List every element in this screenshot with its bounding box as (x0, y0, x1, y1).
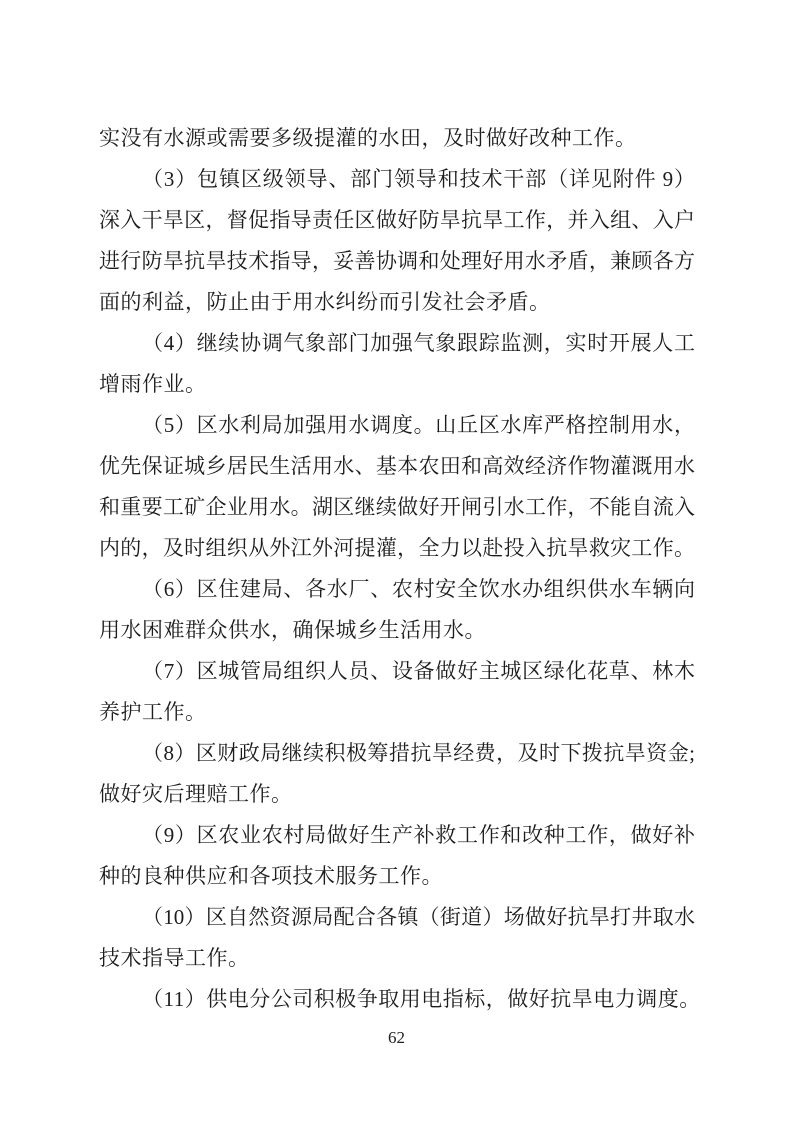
text-line: 深入干旱区，督促指导责任区做好防旱抗旱工作，并入组、入户 (99, 200, 695, 241)
text-line: （11）供电分公司积极争取用电指标，做好抗旱电力调度。 (99, 979, 695, 1020)
text-line: （10）区自然资源局配合各镇（街道）场做好抗旱打井取水 (99, 897, 695, 938)
page-number: 62 (0, 1026, 793, 1050)
text-line: 优先保证城乡居民生活用水、基本农田和高效经济作物灌溉用水 (99, 446, 695, 487)
text-line: 内的，及时组织从外江外河提灌，全力以赴投入抗旱救灾工作。 (99, 528, 695, 569)
text-line: 和重要工矿企业用水。湖区继续做好开闸引水工作，不能自流入 (99, 487, 695, 528)
text-line: 进行防旱抗旱技术指导，妥善协调和处理好用水矛盾，兼顾各方 (99, 241, 695, 282)
text-line: （8）区财政局继续积极筹措抗旱经费，及时下拨抗旱资金; (99, 733, 695, 774)
text-line: （3）包镇区级领导、部门领导和技术干部（详见附件 9） (99, 159, 695, 200)
text-line: （4）继续协调气象部门加强气象跟踪监测，实时开展人工 (99, 323, 695, 364)
text-line: 技术指导工作。 (99, 938, 695, 979)
text-line: （5）区水利局加强用水调度。山丘区水库严格控制用水， (99, 405, 695, 446)
text-line: （6）区住建局、各水厂、农村安全饮水办组织供水车辆向 (99, 569, 695, 610)
text-line: 面的利益，防止由于用水纠纷而引发社会矛盾。 (99, 282, 695, 323)
paragraph-continuation: 实没有水源或需要多级提灌的水田，及时做好改种工作。 (99, 118, 695, 159)
document-body: 实没有水源或需要多级提灌的水田，及时做好改种工作。 （3）包镇区级领导、部门领导… (99, 118, 695, 1020)
text-line: 做好灾后理赔工作。 (99, 774, 695, 815)
document-page: 实没有水源或需要多级提灌的水田，及时做好改种工作。 （3）包镇区级领导、部门领导… (0, 0, 793, 1122)
text-line: （7）区城管局组织人员、设备做好主城区绿化花草、林木 (99, 651, 695, 692)
paragraph-item-10: （10）区自然资源局配合各镇（街道）场做好抗旱打井取水 技术指导工作。 (99, 897, 695, 979)
paragraph-item-11: （11）供电分公司积极争取用电指标，做好抗旱电力调度。 (99, 979, 695, 1020)
paragraph-item-7: （7）区城管局组织人员、设备做好主城区绿化花草、林木 养护工作。 (99, 651, 695, 733)
text-line: 增雨作业。 (99, 364, 695, 405)
paragraph-item-8: （8）区财政局继续积极筹措抗旱经费，及时下拨抗旱资金; 做好灾后理赔工作。 (99, 733, 695, 815)
text-line: （9）区农业农村局做好生产补救工作和改种工作，做好补 (99, 815, 695, 856)
paragraph-item-5: （5）区水利局加强用水调度。山丘区水库严格控制用水， 优先保证城乡居民生活用水、… (99, 405, 695, 569)
paragraph-item-3: （3）包镇区级领导、部门领导和技术干部（详见附件 9） 深入干旱区，督促指导责任… (99, 159, 695, 323)
paragraph-item-4: （4）继续协调气象部门加强气象跟踪监测，实时开展人工 增雨作业。 (99, 323, 695, 405)
paragraph-item-9: （9）区农业农村局做好生产补救工作和改种工作，做好补 种的良种供应和各项技术服务… (99, 815, 695, 897)
text-line: 种的良种供应和各项技术服务工作。 (99, 856, 695, 897)
text-line: 实没有水源或需要多级提灌的水田，及时做好改种工作。 (99, 118, 695, 159)
paragraph-item-6: （6）区住建局、各水厂、农村安全饮水办组织供水车辆向 用水困难群众供水，确保城乡… (99, 569, 695, 651)
text-line: 养护工作。 (99, 692, 695, 733)
text-line: 用水困难群众供水，确保城乡生活用水。 (99, 610, 695, 651)
